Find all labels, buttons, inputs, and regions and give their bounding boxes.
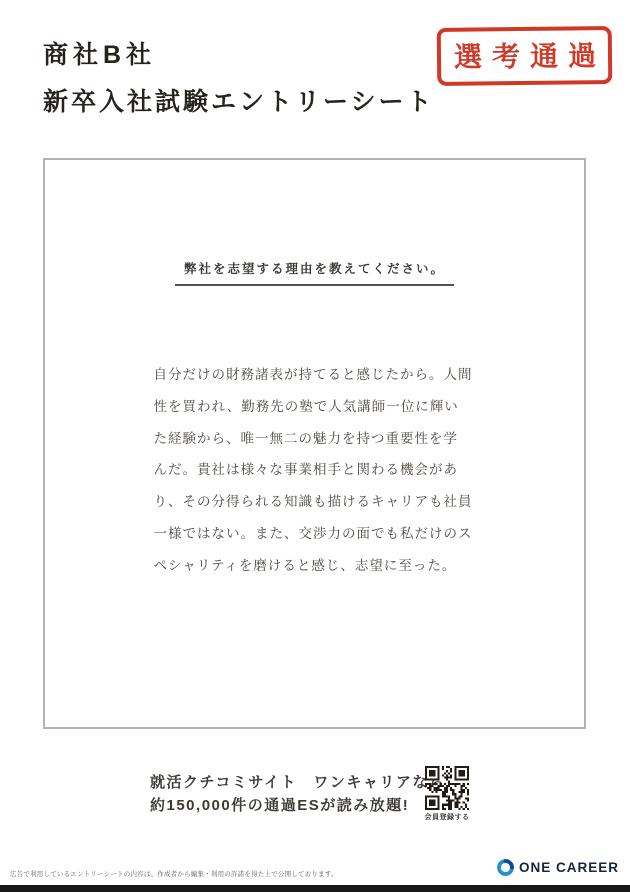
answer-line: り、その分得られる知識も描けるキャリアも社員 (154, 487, 476, 519)
one-career-logo-icon (497, 859, 514, 876)
answer-line: 自分だけの財務諸表が持てると感じたから。人間 (154, 360, 476, 392)
entry-sheet-box: 弊社を志望する理由を教えてください。 自分だけの財務諸表が持てると感じたから。人… (43, 158, 586, 729)
promo-text: 就活クチコミサイト ワンキャリアなら 約150,000件の通過ESが読み放題! (150, 772, 445, 817)
answer-line: た経験から、唯一無二の魅力を持つ重要性を学 (154, 424, 476, 456)
document-subtitle: 新卒入社試験エントリーシート (43, 87, 435, 117)
company-name: 商社B社 (43, 40, 435, 70)
footer-disclaimer: 広告で利用しているエントリーシートの内容は、作成者から編集・利用の許諾を得た上で… (10, 869, 338, 878)
answer-line: ペシャリティを磨けると感じ、志望に至った。 (154, 551, 476, 583)
brand-logo: ONE CAREER (497, 859, 619, 876)
qr-block: 会員登録する (423, 766, 471, 822)
question-wrap: 弊社を志望する理由を教えてください。 (45, 259, 584, 286)
document-title: 商社B社 新卒入社試験エントリーシート (43, 40, 435, 117)
brand-wordmark: ONE CAREER (519, 860, 619, 875)
promo-line-1: 就活クチコミサイト ワンキャリアなら (150, 772, 445, 794)
screening-passed-stamp: 選考通過 (437, 26, 613, 86)
promo-line-2: 約150,000件の通過ESが読み放題! (150, 795, 445, 817)
es-document-page: 商社B社 新卒入社試験エントリーシート 選考通過 弊社を志望する理由を教えてくだ… (0, 0, 630, 892)
answer-line: 性を買われ、勤務先の塾で人気講師一位に輝い (154, 392, 476, 424)
question-heading: 弊社を志望する理由を教えてください。 (175, 259, 454, 286)
answer-line: んだ。貴社は様々な事業相手と関わる機会があ (154, 455, 476, 487)
qr-code (425, 766, 469, 810)
bottom-bar (0, 885, 630, 892)
answer-line: 一様ではない。また、交渉力の面でも私だけのス (154, 519, 476, 551)
qr-caption: 会員登録する (423, 812, 471, 822)
answer-text: 自分だけの財務諸表が持てると感じたから。人間 性を買われ、勤務先の塾で人気講師一… (154, 360, 476, 583)
